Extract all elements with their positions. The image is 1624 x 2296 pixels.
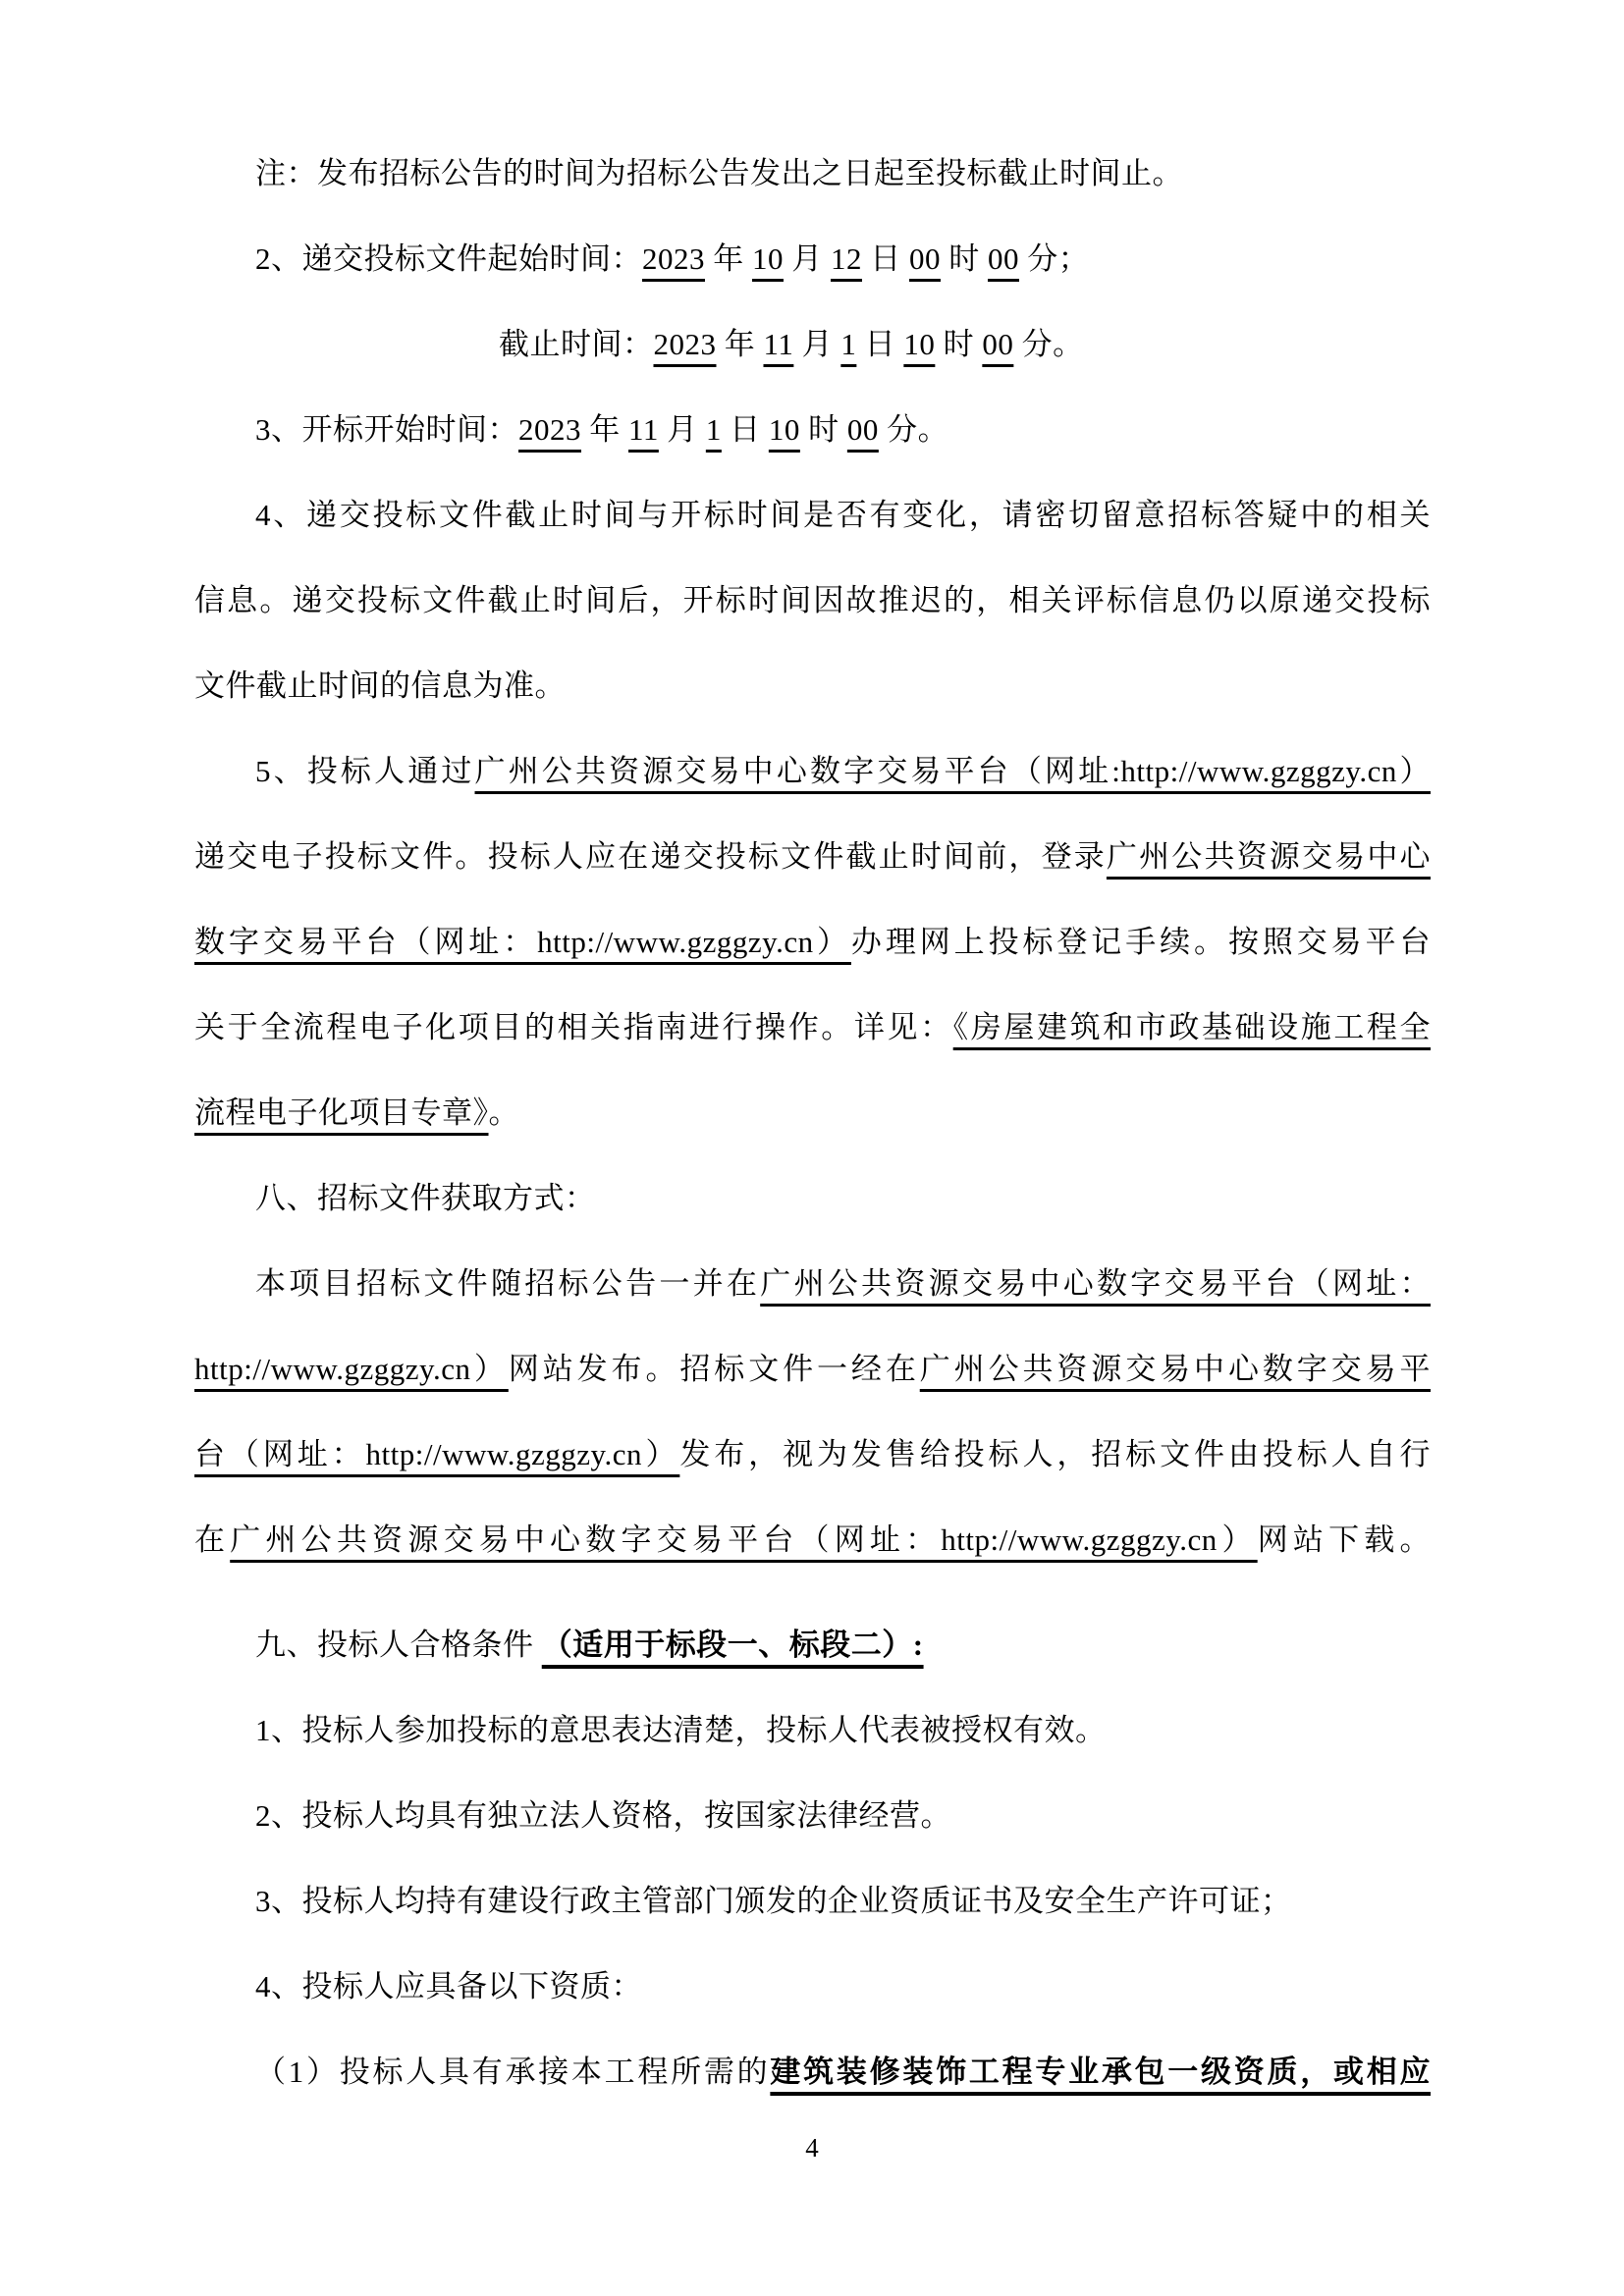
text-run: 截止时间：: [499, 327, 654, 361]
underline-text: 广州公共资源交易中心数字交易平台（网址：: [760, 1266, 1431, 1301]
doc-line-7: 文件截止时间的信息为准。: [194, 643, 1431, 728]
text-run: 本项目招标文件随招标公告一并在: [255, 1266, 760, 1301]
underline-text: 广州公共资源交易中心数字交易平: [920, 1352, 1431, 1386]
text-run: 在: [194, 1522, 230, 1557]
underline-text: 流程电子化项目专章》: [194, 1095, 489, 1130]
doc-line-3: 截止时间：2023 年 11 月 1 日 10 时 00 分。: [194, 301, 1431, 387]
doc-line-23: （1）投标人具有承接本工程所需的建筑装修装饰工程专业承包一级资质，或相应: [194, 2029, 1431, 2114]
bold-underline-text: 建筑装修装饰工程专业承包一级资质，或相应: [770, 2055, 1431, 2089]
doc-line-22: 4、投标人应具备以下资质：: [194, 1944, 1431, 2029]
text-run: 关于全流程电子化项目的相关指南进行操作。详见：: [194, 1010, 953, 1044]
underline-text: 11: [628, 412, 659, 447]
text-run: 时: [935, 327, 982, 361]
underline-text: 11: [764, 327, 794, 361]
text-run: 3、开标开始时间：: [255, 412, 518, 447]
doc-line-8: 5、投标人通过广州公共资源交易中心数字交易平台（网址:http://www.gz…: [194, 728, 1431, 814]
text-run: 。: [489, 1095, 520, 1130]
underline-text: 2023: [518, 412, 581, 447]
underline-text: http://www.gzggzy.cn）: [194, 1352, 509, 1386]
underline-text: 2023: [642, 241, 705, 276]
underline-text: 数字交易平台（网址：http://www.gzggzy.cn）: [194, 925, 851, 959]
document-body: 注：发布招标公告的时间为招标公告发出之日起至投标截止时间止。2、递交投标文件起始…: [194, 131, 1431, 2114]
text-run: 八、招标文件获取方式：: [255, 1181, 596, 1215]
text-run: 年: [717, 327, 764, 361]
underline-text: 00: [847, 412, 879, 447]
doc-line-1: 注：发布招标公告的时间为招标公告发出之日起至投标截止时间止。: [194, 131, 1431, 216]
underline-text: 12: [831, 241, 862, 276]
underline-text: 00: [988, 241, 1019, 276]
underline-text: 1: [840, 327, 856, 361]
underline-text: 《房屋建筑和市政基础设施工程全: [953, 1010, 1431, 1044]
doc-line-17: 在广州公共资源交易中心数字交易平台（网址：http://www.gzggzy.c…: [194, 1497, 1431, 1582]
text-run: 4、递交投标文件截止时间与开标时间是否有变化，请密切留意招标答疑中的相关: [255, 498, 1431, 532]
bold-underline-text: （适用于标段一、标段二）:: [542, 1628, 924, 1662]
underline-text: 广州公共资源交易中心数字交易平台（网址:http://www.gzggzy.cn…: [475, 754, 1431, 788]
text-run: （1）投标人具有承接本工程所需的: [255, 2055, 770, 2089]
underline-text: 广州公共资源交易中心数字交易平台（网址：http://www.gzggzy.cn…: [230, 1522, 1257, 1557]
underline-text: 2023: [654, 327, 717, 361]
underline-text: 00: [982, 327, 1013, 361]
underline-text: 10: [752, 241, 784, 276]
underline-text: 广州公共资源交易中心: [1107, 839, 1431, 874]
text-run: 分。: [1013, 327, 1083, 361]
doc-line-6: 信息。递交投标文件截止时间后，开标时间因故推迟的，相关评标信息仍以原递交投标: [194, 558, 1431, 643]
text-run: 2、投标人均具有独立法人资格，按国家法律经营。: [255, 1798, 951, 1833]
text-run: 办理网上投标登记手续。按照交易平台: [851, 925, 1431, 959]
doc-line-16: 台（网址：http://www.gzggzy.cn）发布，视为发售给投标人，招标…: [194, 1412, 1431, 1497]
document-page: 注：发布招标公告的时间为招标公告发出之日起至投标截止时间止。2、递交投标文件起始…: [0, 0, 1624, 2296]
text-run: 时: [800, 412, 847, 447]
text-run: 注：发布招标公告的时间为招标公告发出之日起至投标截止时间止。: [255, 156, 1183, 190]
text-run: 信息。递交投标文件截止时间后，开标时间因故推迟的，相关评标信息仍以原递交投标: [194, 583, 1431, 617]
doc-line-14: 本项目招标文件随招标公告一并在广州公共资源交易中心数字交易平台（网址：: [194, 1241, 1431, 1326]
text-run: 3、投标人均持有建设行政主管部门颁发的企业资质证书及安全生产许可证；: [255, 1884, 1292, 1918]
text-run: 月: [793, 327, 840, 361]
text-run: 时: [941, 241, 988, 276]
doc-line-5: 4、递交投标文件截止时间与开标时间是否有变化，请密切留意招标答疑中的相关: [194, 472, 1431, 558]
text-run: 日: [722, 412, 769, 447]
doc-line-21: 3、投标人均持有建设行政主管部门颁发的企业资质证书及安全生产许可证；: [194, 1858, 1431, 1944]
text-run: 年: [581, 412, 628, 447]
text-run: 发布，视为发售给投标人，招标文件由投标人自行: [679, 1437, 1431, 1471]
text-run: 日: [862, 241, 909, 276]
doc-line-20: 2、投标人均具有独立法人资格，按国家法律经营。: [194, 1773, 1431, 1858]
doc-line-12: 流程电子化项目专章》。: [194, 1070, 1431, 1155]
text-run: 月: [784, 241, 831, 276]
text-run: 分；: [1019, 241, 1089, 276]
doc-line-15: http://www.gzggzy.cn）网站发布。招标文件一经在广州公共资源交…: [194, 1326, 1431, 1412]
doc-line-9: 递交电子投标文件。投标人应在递交投标文件截止时间前，登录广州公共资源交易中心: [194, 814, 1431, 899]
underline-text: 1: [706, 412, 722, 447]
page-number: 4: [0, 2132, 1624, 2163]
text-run: 5、投标人通过: [255, 754, 475, 788]
text-run: 九、投标人合格条件: [255, 1628, 542, 1662]
doc-line-4: 3、开标开始时间：2023 年 11 月 1 日 10 时 00 分。: [194, 387, 1431, 472]
text-run: 4、投标人应具备以下资质：: [255, 1969, 642, 2003]
doc-line-2: 2、递交投标文件起始时间：2023 年 10 月 12 日 00 时 00 分；: [194, 216, 1431, 301]
text-run: 2、递交投标文件起始时间：: [255, 241, 642, 276]
doc-line-10: 数字交易平台（网址：http://www.gzggzy.cn）办理网上投标登记手…: [194, 899, 1431, 985]
underline-text: 10: [903, 327, 935, 361]
text-run: 网站发布。招标文件一经在: [509, 1352, 920, 1386]
text-run: 1、投标人参加投标的意思表达清楚，投标人代表被授权有效。: [255, 1713, 1107, 1747]
doc-line-11: 关于全流程电子化项目的相关指南进行操作。详见：《房屋建筑和市政基础设施工程全: [194, 985, 1431, 1070]
text-run: 分。: [879, 412, 948, 447]
underline-text: 00: [909, 241, 941, 276]
text-run: 日: [856, 327, 903, 361]
text-run: 递交电子投标文件。投标人应在递交投标文件截止时间前，登录: [194, 839, 1107, 874]
underline-text: 10: [769, 412, 800, 447]
text-run: 年: [705, 241, 752, 276]
text-run: 月: [659, 412, 706, 447]
doc-line-13: 八、招标文件获取方式：: [194, 1155, 1431, 1241]
doc-line-18: 九、投标人合格条件 （适用于标段一、标段二）:: [194, 1602, 1431, 1687]
text-run: 网站下载。: [1258, 1522, 1431, 1557]
doc-line-19: 1、投标人参加投标的意思表达清楚，投标人代表被授权有效。: [194, 1687, 1431, 1773]
underline-text: 台（网址：http://www.gzggzy.cn）: [194, 1437, 679, 1471]
text-run: 文件截止时间的信息为准。: [194, 668, 566, 703]
